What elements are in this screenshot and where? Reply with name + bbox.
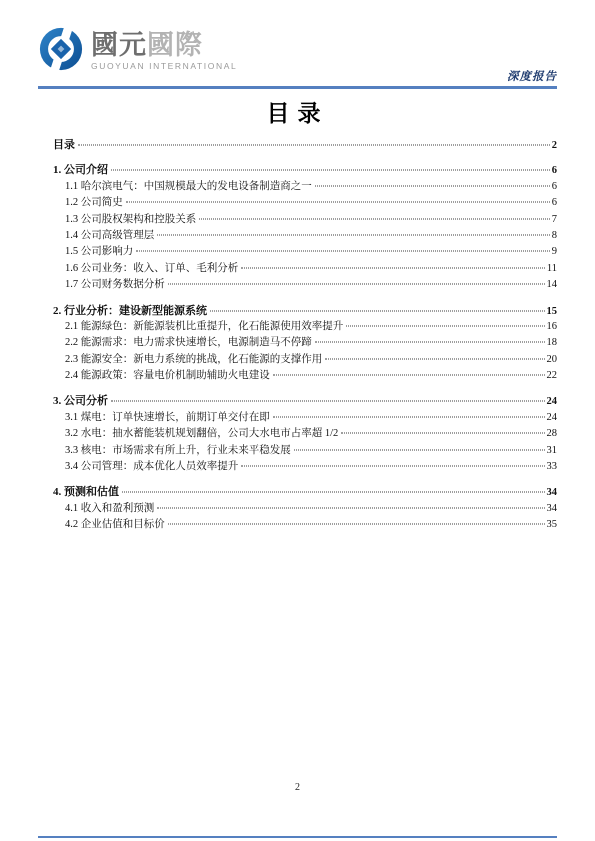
toc-entry-page: 16	[547, 321, 558, 332]
toc-entry[interactable]: 2.2 能源需求：电力需求快速增长，电源制造马不停蹄18	[53, 334, 557, 350]
toc-entry[interactable]: 3.3 核电：市场需求有所上升，行业未来平稳发展31	[53, 442, 557, 458]
header-divider-line	[38, 86, 557, 89]
toc-entry[interactable]: 目录2	[53, 136, 557, 152]
toc-entry-page: 31	[547, 445, 558, 456]
toc-entry[interactable]: 1.4 公司高级管理层8	[53, 227, 557, 243]
toc-dot-leader	[241, 267, 545, 268]
toc-dot-leader	[294, 449, 545, 450]
toc-entry-label: 1.1 哈尔滨电气：中国规模最大的发电设备制造商之一	[65, 178, 312, 193]
company-logo: 國元國際 GUOYUAN INTERNATIONAL	[38, 26, 557, 77]
toc-entry-page: 8	[552, 230, 557, 241]
toc-entry[interactable]: 2.4 能源政策：容量电价机制助辅助火电建设22	[53, 367, 557, 383]
toc-entry[interactable]: 3.1 煤电：订单快速增长，前期订单交付在即24	[53, 409, 557, 425]
guoyuan-logo-icon	[38, 26, 84, 77]
toc-entry-page: 6	[552, 165, 557, 176]
toc-dot-leader	[157, 507, 544, 508]
toc-entry[interactable]: 1.1 哈尔滨电气：中国规模最大的发电设备制造商之一6	[53, 178, 557, 194]
toc-entry-page: 2	[552, 140, 557, 151]
page-header: 國元國際 GUOYUAN INTERNATIONAL 深度报告	[38, 26, 557, 86]
toc-entry-page: 34	[547, 503, 558, 514]
toc-entry-label: 1.3 公司股权架构和控股关系	[65, 211, 196, 226]
toc-entry-label: 2.2 能源需求：电力需求快速增长，电源制造马不停蹄	[65, 334, 312, 349]
toc-dot-leader	[122, 492, 545, 493]
toc-entry-page: 20	[547, 354, 558, 365]
toc-entry-label: 2. 行业分析：建设新型能源系统	[53, 302, 207, 318]
toc-dot-leader	[273, 375, 545, 376]
toc-entry-page: 24	[547, 396, 558, 407]
report-page: 國元國際 GUOYUAN INTERNATIONAL 深度报告 目录 目录21.…	[0, 0, 595, 841]
toc-dot-leader	[168, 284, 545, 285]
toc-entry[interactable]: 3. 公司分析24	[53, 392, 557, 408]
page-title: 目录	[0, 95, 595, 128]
toc-entry[interactable]: 4.1 收入和盈利预测34	[53, 500, 557, 516]
footer-page-number: 2	[0, 782, 595, 793]
toc-dot-leader	[168, 524, 545, 525]
toc-entry[interactable]: 2. 行业分析：建设新型能源系统15	[53, 302, 557, 318]
toc-entry-label: 1.4 公司高级管理层	[65, 227, 154, 242]
toc-entry[interactable]: 4. 预测和估值34	[53, 483, 557, 499]
toc-entry[interactable]: 1.7 公司财务数据分析14	[53, 276, 557, 292]
toc-entry-label: 4. 预测和估值	[53, 483, 119, 499]
toc-dot-leader	[241, 466, 544, 467]
toc-dot-leader	[325, 358, 544, 359]
toc-dot-leader	[210, 310, 545, 311]
toc-entry[interactable]: 2.3 能源安全：新电力系统的挑战，化石能源的支撑作用20	[53, 351, 557, 367]
toc-entry-page: 9	[552, 246, 557, 257]
toc-entry-page: 24	[547, 412, 558, 423]
toc-entry[interactable]: 1.3 公司股权架构和控股关系7	[53, 211, 557, 227]
logo-text: 國元國際 GUOYUAN INTERNATIONAL	[91, 32, 237, 71]
toc-entry-page: 28	[547, 428, 558, 439]
toc-entry-label: 3.1 煤电：订单快速增长，前期订单交付在即	[65, 409, 270, 424]
toc-entry-label: 3. 公司分析	[53, 392, 108, 408]
toc-entry[interactable]: 1.2 公司简史6	[53, 194, 557, 210]
toc-entry-label: 4.1 收入和盈利预测	[65, 500, 154, 515]
toc-entry-page: 7	[552, 214, 557, 225]
report-type-label: 深度报告	[507, 68, 557, 84]
brand-name-cn: 國元國際	[91, 32, 237, 59]
toc-entry-page: 33	[547, 461, 558, 472]
footer-divider-line	[38, 836, 557, 838]
toc-entry-label: 1.7 公司财务数据分析	[65, 276, 165, 291]
toc-entry-page: 6	[552, 197, 557, 208]
toc-entry[interactable]: 1. 公司介绍6	[53, 161, 557, 177]
toc-entry-page: 14	[547, 279, 558, 290]
toc-dot-leader	[315, 185, 550, 186]
toc-dot-leader	[111, 401, 545, 402]
toc-dot-leader	[111, 170, 550, 171]
toc-entry-label: 3.4 公司管理：成本优化人员效率提升	[65, 458, 238, 473]
toc-dot-leader	[273, 416, 545, 417]
toc-entry-label: 目录	[53, 136, 75, 152]
toc-entry-page: 6	[552, 181, 557, 192]
toc-dot-leader	[199, 218, 550, 219]
toc-entry-label: 1.6 公司业务：收入、订单、毛利分析	[65, 260, 238, 275]
toc-entry-label: 2.4 能源政策：容量电价机制助辅助火电建设	[65, 367, 270, 382]
toc-entry-page: 18	[547, 337, 558, 348]
toc-dot-leader	[315, 342, 545, 343]
toc-entry[interactable]: 3.4 公司管理：成本优化人员效率提升33	[53, 458, 557, 474]
toc-entry-page: 22	[547, 370, 558, 381]
toc-dot-leader	[341, 433, 544, 434]
toc-entry-label: 4.2 企业估值和目标价	[65, 516, 165, 531]
toc-entry[interactable]: 2.1 能源绿色：新能源装机比重提升，化石能源使用效率提升16	[53, 318, 557, 334]
toc-entry-label: 3.2 水电：抽水蓄能装机规划翻倍，公司大水电市占率超 1/2	[65, 425, 338, 440]
toc-dot-leader	[157, 234, 550, 235]
toc-entry-page: 15	[547, 306, 558, 317]
toc-entry-page: 34	[547, 487, 558, 498]
toc-entry-label: 1. 公司介绍	[53, 161, 108, 177]
brand-name-en: GUOYUAN INTERNATIONAL	[91, 62, 237, 71]
toc-dot-leader	[78, 145, 550, 146]
toc-entry-label: 1.5 公司影响力	[65, 243, 133, 258]
toc-dot-leader	[346, 325, 544, 326]
toc-dot-leader	[136, 251, 550, 252]
toc-entry-page: 11	[547, 263, 557, 274]
toc-entry-label: 2.1 能源绿色：新能源装机比重提升，化石能源使用效率提升	[65, 318, 343, 333]
toc-entry[interactable]: 4.2 企业估值和目标价35	[53, 516, 557, 532]
toc-dot-leader	[126, 202, 550, 203]
toc-entry[interactable]: 1.5 公司影响力9	[53, 243, 557, 259]
toc-entry-label: 3.3 核电：市场需求有所上升，行业未来平稳发展	[65, 442, 291, 457]
toc-entry[interactable]: 1.6 公司业务：收入、订单、毛利分析11	[53, 260, 557, 276]
toc-entry-page: 35	[547, 519, 558, 530]
toc-list: 目录21. 公司介绍61.1 哈尔滨电气：中国规模最大的发电设备制造商之一61.…	[53, 136, 557, 533]
toc-entry-label: 1.2 公司简史	[65, 194, 123, 209]
toc-entry-label: 2.3 能源安全：新电力系统的挑战，化石能源的支撑作用	[65, 351, 322, 366]
toc-entry[interactable]: 3.2 水电：抽水蓄能装机规划翻倍，公司大水电市占率超 1/228	[53, 425, 557, 441]
